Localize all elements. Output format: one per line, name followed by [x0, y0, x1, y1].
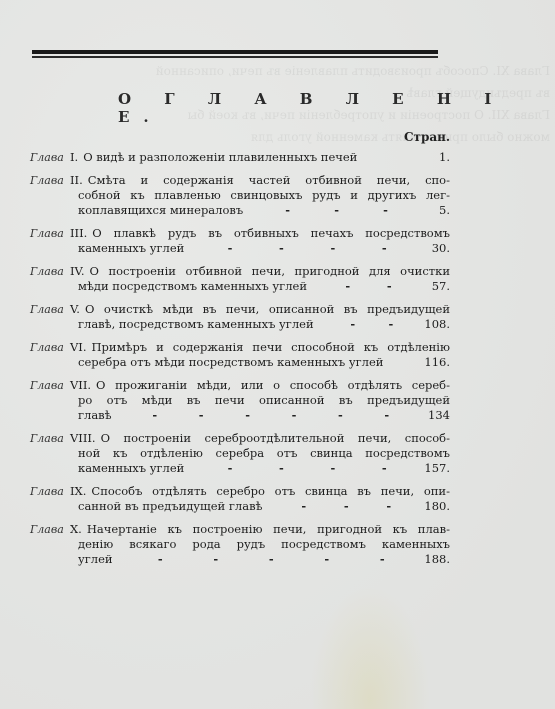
- toc-entry: ГлаваIV.О построеніи отбивной печи, приг…: [30, 264, 450, 294]
- toc-entry-line: ГлаваV.О очисткѣ мѣди въ печи, описанной…: [30, 302, 450, 317]
- toc-entry: ГлаваV.О очисткѣ мѣди въ печи, описанной…: [30, 302, 450, 332]
- chapter-number: IX.: [70, 484, 86, 499]
- chapter-number: III.: [70, 226, 87, 241]
- toc-entry-line: санной въ предъидущей главѣ---180.: [30, 499, 450, 514]
- chapter-number: X.: [70, 522, 82, 537]
- chapter-title-text: санной въ предъидущей главѣ: [78, 499, 262, 514]
- page-number: 134: [420, 408, 450, 423]
- chapter-title-text: каменныхъ углей: [78, 241, 184, 256]
- leader-dashes: ---: [243, 203, 420, 218]
- chapter-prefix: Глава: [30, 522, 70, 537]
- toc-entry-line: ГлаваIX.Способъ отдѣлять серебро отъ сви…: [30, 484, 450, 499]
- toc-entry-line: ГлаваVII.О прожиганіи мѣди, или о способ…: [30, 378, 450, 393]
- chapter-prefix: Глава: [30, 150, 70, 165]
- chapter-prefix: Глава: [30, 431, 70, 446]
- chapter-title-text: Смѣта и содержанія частей отбивной печи,…: [88, 173, 450, 188]
- chapter-title-text: О построеніи сереброотдѣлительной печи, …: [101, 431, 450, 446]
- page-number: 188.: [420, 552, 450, 567]
- chapter-number: I.: [70, 150, 78, 165]
- page-number: 5.: [420, 203, 450, 218]
- leader-dashes: -----: [113, 552, 420, 567]
- leader-dashes: --: [307, 279, 420, 294]
- page-number: 157.: [420, 461, 450, 476]
- page-column-header: Стран.: [404, 130, 450, 144]
- chapter-prefix: Глава: [30, 264, 70, 279]
- chapter-prefix: Глава: [30, 484, 70, 499]
- toc-entry-line: мѣди посредствомъ каменныхъ углей--57.: [30, 279, 450, 294]
- chapter-title-text: Примѣръ и содержанія печи способной къ о…: [92, 340, 450, 355]
- chapter-number: II.: [70, 173, 83, 188]
- toc-entry: ГлаваI.О видѣ и разположеніи плавиленных…: [30, 150, 450, 165]
- toc-entry-line: каменныхъ углей----157.: [30, 461, 450, 476]
- leader-dashes: ------: [112, 408, 420, 423]
- chapter-title-text: ро отъ мѣди въ печи описанной въ предъид…: [78, 393, 450, 408]
- chapter-title-text: О прожиганіи мѣди, или о способѣ отдѣлят…: [96, 378, 450, 393]
- chapter-title-text: углей: [78, 552, 113, 567]
- chapter-title-text: серебра отъ мѣди посредствомъ каменныхъ …: [78, 355, 383, 370]
- header-rule-thin: [32, 56, 438, 58]
- chapter-title-text: каменныхъ углей: [78, 461, 184, 476]
- header-rule-thick: [32, 50, 438, 54]
- toc-entry-line: главѣ, посредствомъ каменныхъ углей--108…: [30, 317, 450, 332]
- toc-entry: ГлаваVII.О прожиганіи мѣди, или о способ…: [30, 378, 450, 423]
- chapter-title-text: Начертаніе къ построенію печи, пригодной…: [87, 522, 450, 537]
- toc-entry-line: ГлаваVIII.О построеніи сереброотдѣлитель…: [30, 431, 450, 446]
- toc-entry: ГлаваVIII.О построеніи сереброотдѣлитель…: [30, 431, 450, 476]
- leader-dashes: ----: [184, 461, 420, 476]
- chapter-title-text: Способъ отдѣлять серебро отъ свинца въ п…: [91, 484, 450, 499]
- chapter-title-text: ной къ отдѣленію серебра отъ свинца поср…: [78, 446, 450, 461]
- chapter-title-text: собной къ плавленью свинцовыхъ рудъ и др…: [78, 188, 450, 203]
- bleed-line: Глава XI. Способъ производить плавленіе …: [330, 60, 550, 82]
- chapter-title-text: главѣ: [78, 408, 112, 423]
- chapter-prefix: Глава: [30, 226, 70, 241]
- chapter-number: IV.: [70, 264, 85, 279]
- chapter-title-text: денію всякаго рода рудъ посредствомъ кам…: [78, 537, 450, 552]
- page-number: 108.: [420, 317, 450, 332]
- chapter-title-text: О плавкѣ рудъ въ отбивныхъ печахъ посред…: [92, 226, 450, 241]
- toc-entry-line: ро отъ мѣди въ печи описанной въ предъид…: [30, 393, 450, 408]
- toc-entry-line: ной къ отдѣленію серебра отъ свинца поср…: [30, 446, 450, 461]
- toc-entry-line: собной къ плавленью свинцовыхъ рудъ и др…: [30, 188, 450, 203]
- table-of-contents: ГлаваI.О видѣ и разположеніи плавиленных…: [30, 150, 450, 575]
- toc-entry-line: ГлаваII.Смѣта и содержанія частей отбивн…: [30, 173, 450, 188]
- chapter-number: V.: [70, 302, 80, 317]
- toc-entry: ГлаваII.Смѣта и содержанія частей отбивн…: [30, 173, 450, 218]
- leader-dashes: ---: [262, 499, 420, 514]
- chapter-title-text: коплавящихся минераловъ: [78, 203, 243, 218]
- page-number: 57.: [420, 279, 450, 294]
- chapter-title-text: О построеніи отбивной печи, пригодной дл…: [90, 264, 451, 279]
- page-number: 30.: [420, 241, 450, 256]
- chapter-number: VIII.: [70, 431, 96, 446]
- leader-dashes: --: [314, 317, 420, 332]
- chapter-prefix: Глава: [30, 378, 70, 393]
- toc-entry-line: ГлаваIII.О плавкѣ рудъ въ отбивныхъ печа…: [30, 226, 450, 241]
- page-number: 1.: [420, 150, 450, 165]
- toc-entry-line: каменныхъ углей----30.: [30, 241, 450, 256]
- toc-entry-line: ГлаваX.Начертаніе къ построенію печи, пр…: [30, 522, 450, 537]
- toc-entry-line: ГлаваI.О видѣ и разположеніи плавиленных…: [30, 150, 450, 165]
- toc-entry-line: серебра отъ мѣди посредствомъ каменныхъ …: [30, 355, 450, 370]
- page-title: О Г Л А В Л Е Н І Е.: [118, 90, 555, 126]
- leader-dashes: ----: [184, 241, 420, 256]
- chapter-title-text: О очисткѣ мѣди въ печи, описанной въ пре…: [85, 302, 450, 317]
- chapter-prefix: Глава: [30, 340, 70, 355]
- toc-entry-line: денію всякаго рода рудъ посредствомъ кам…: [30, 537, 450, 552]
- toc-entry: ГлаваIX.Способъ отдѣлять серебро отъ сви…: [30, 484, 450, 514]
- toc-entry-line: коплавящихся минераловъ---5.: [30, 203, 450, 218]
- page-number: 116.: [420, 355, 450, 370]
- chapter-prefix: Глава: [30, 173, 70, 188]
- toc-entry: ГлаваVI.Примѣръ и содержанія печи способ…: [30, 340, 450, 370]
- chapter-title-text: главѣ, посредствомъ каменныхъ углей: [78, 317, 314, 332]
- page-number: 180.: [420, 499, 450, 514]
- chapter-number: VII.: [70, 378, 91, 393]
- chapter-title-text: О видѣ и разположеніи плавиленныхъ печей: [83, 150, 357, 165]
- toc-entry-line: ГлаваVI.Примѣръ и содержанія печи способ…: [30, 340, 450, 355]
- chapter-prefix: Глава: [30, 302, 70, 317]
- toc-entry-line: ГлаваIV.О построеніи отбивной печи, приг…: [30, 264, 450, 279]
- book-page: Глава XI. Способъ производить плавленіе …: [0, 0, 555, 709]
- chapter-title-text: мѣди посредствомъ каменныхъ углей: [78, 279, 307, 294]
- toc-entry: ГлаваIII.О плавкѣ рудъ въ отбивныхъ печа…: [30, 226, 450, 256]
- toc-entry-line: углей-----188.: [30, 552, 450, 567]
- chapter-number: VI.: [70, 340, 87, 355]
- toc-entry-line: главѣ------134: [30, 408, 450, 423]
- toc-entry: ГлаваX.Начертаніе къ построенію печи, пр…: [30, 522, 450, 567]
